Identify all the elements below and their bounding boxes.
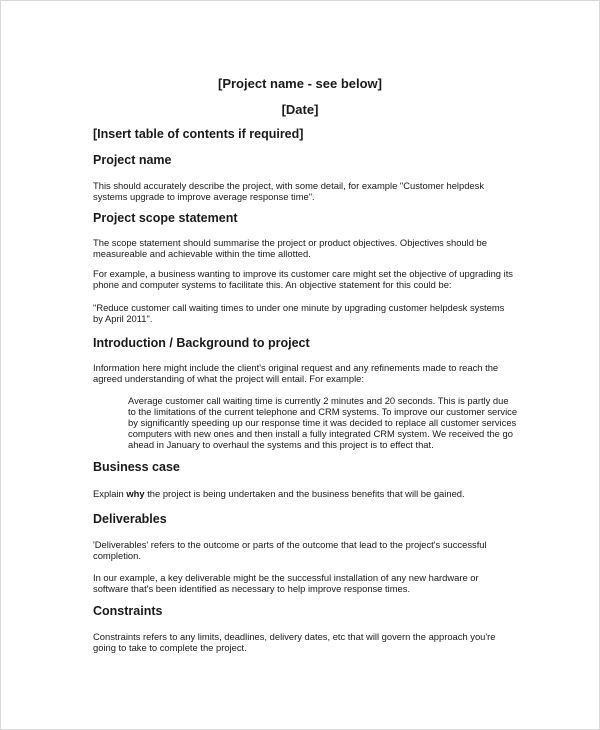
introduction-example-quote: Average customer call waiting time is cu… <box>128 395 517 450</box>
document-page: [Project name - see below] [Date] [Inser… <box>0 0 600 730</box>
introduction-text: Information here might include the clien… <box>93 362 498 384</box>
deliverables-paragraph-2: In our example, a key deliverable might … <box>93 572 479 594</box>
heading-business-case: Business case <box>93 460 180 474</box>
heading-project-scope: Project scope statement <box>93 211 238 225</box>
heading-constraints: Constraints <box>93 604 162 618</box>
deliverables-paragraph-1: 'Deliverables' refers to the outcome or … <box>93 539 487 561</box>
toc-note: [Insert table of contents if required] <box>93 127 303 141</box>
heading-deliverables: Deliverables <box>93 512 167 526</box>
scope-paragraph-2: For example, a business wanting to impro… <box>93 268 513 290</box>
document-date: [Date] <box>1 102 599 117</box>
scope-paragraph-1: The scope statement should summarise the… <box>93 237 487 259</box>
constraints-text: Constraints refers to any limits, deadli… <box>93 631 496 653</box>
project-name-text: This should accurately describe the proj… <box>93 180 484 202</box>
heading-project-name: Project name <box>93 153 172 167</box>
heading-introduction: Introduction / Background to project <box>93 336 310 350</box>
scope-objective-statement: "Reduce customer call waiting times to u… <box>93 302 504 324</box>
document-title: [Project name - see below] <box>1 76 599 91</box>
business-case-text: Explain why the project is being underta… <box>93 488 465 499</box>
